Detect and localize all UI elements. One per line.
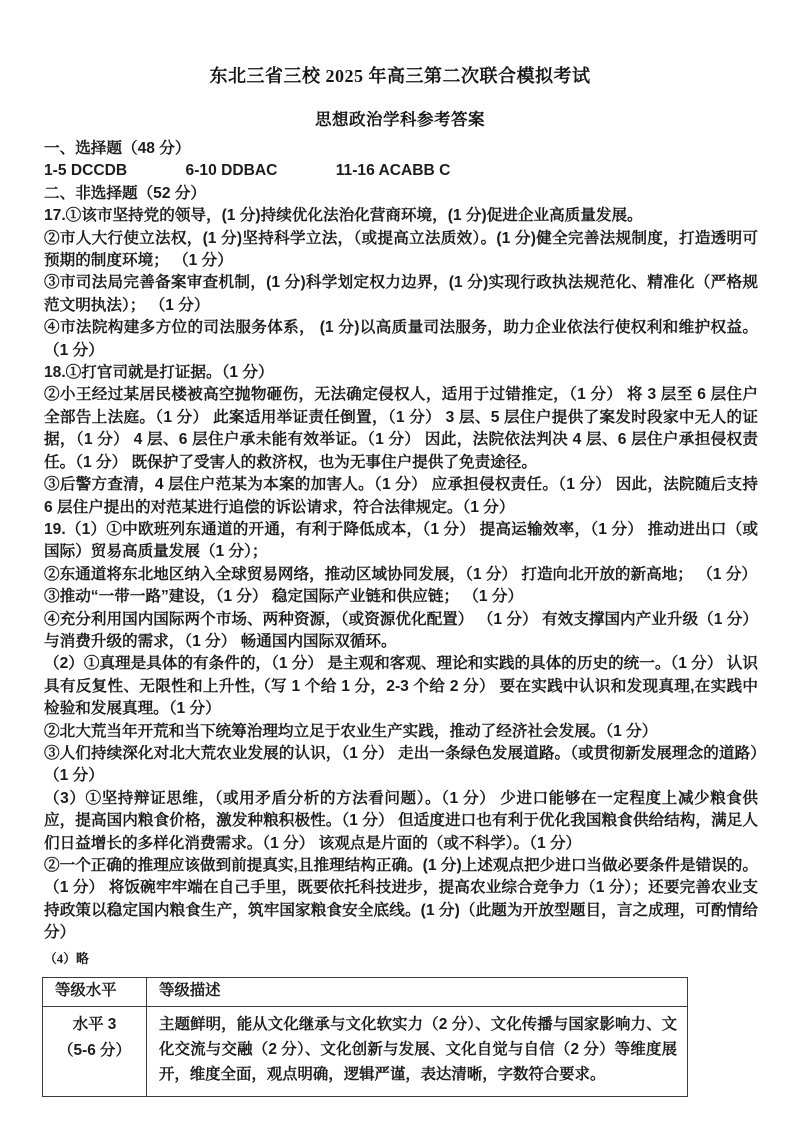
rubric-description-column-header: 等级描述 (147, 978, 688, 1007)
rubric-level3-score: （5-6 分） (45, 1038, 144, 1064)
answer-group-1-5: 1-5 DCCDB (44, 160, 127, 182)
q18-point-1: 18.①打官司就是打证据。（1 分） (44, 362, 758, 384)
q19-part2-point-3: ③人们持续深化对北大荒农业发展的认识，（1 分） 走出一条绿色发展道路。（或贯彻… (44, 743, 758, 788)
answer-group-6-10: 6-10 DDBAC (186, 160, 278, 182)
q18-point-2: ②小王经过某居民楼被高空抛物砸伤，无法确定侵权人，适用于过错推定，（1 分） 将… (44, 384, 758, 474)
q19-part3-point-2: ②一个正确的推理应该做到前提真实,且推理结构正确。(1 分)上述观点把少进口当做… (44, 855, 758, 945)
rubric-header-row: 等级水平 等级描述 (43, 978, 688, 1007)
q19-part1-point-2: ②东通道将东北地区纳入全球贸易网络，推动区域协同发展，（1 分） 打造向北开放的… (44, 564, 758, 586)
rubric-level3-row: 水平 3 （5-6 分） 主题鲜明，能从文化继承与文化软实力（2 分）、文化传播… (43, 1007, 688, 1097)
rubric-level3-label: 水平 3 (45, 1012, 144, 1038)
q19-part1-point-1: 19.（1）①中欧班列东通道的开通，有利于降低成本，（1 分） 提高运输效率，（… (44, 519, 758, 564)
q19-part1-point-4: ④充分利用国内国际两个市场、两种资源，（或资源优化配置） （1 分） 有效支撑国… (44, 609, 758, 654)
q17-point-4: ④市法院构建多方位的司法服务体系， (1 分)以高质量司法服务，助力企业依法行使… (44, 317, 758, 362)
q19-part4-omitted: （4）略 (44, 948, 758, 970)
answers-content: 一、选择题（48 分） 1-5 DCCDB 6-10 DDBAC 11-16 A… (44, 138, 758, 1097)
multiple-choice-answers-row: 1-5 DCCDB 6-10 DDBAC 11-16 ACABB C (44, 160, 758, 182)
q17-point-2: ②市人大行使立法权，(1 分)坚持科学立法，（或提高立法质效）。(1 分)健全完… (44, 228, 758, 273)
page-title: 东北三省三校 2025 年高三第二次联合模拟考试 (0, 62, 800, 88)
rubric-level3-cell: 水平 3 （5-6 分） (43, 1007, 147, 1097)
section-free-response-header: 二、非选择题（52 分） (44, 183, 758, 205)
q19-part3-point-1: （3）①坚持辩证思维，（或用矛盾分析的方法看问题）。（1 分） 少进口能够在一定… (44, 788, 758, 855)
q17-point-3: ③市司法局完善备案审查机制，(1 分)科学划定权力边界，(1 分)实现行政执法规… (44, 272, 758, 317)
q17-point-1: 17.①该市坚持党的领导，(1 分)持续优化法治化营商环境，(1 分)促进企业高… (44, 205, 758, 227)
answer-group-11-16: 11-16 ACABB C (336, 160, 451, 182)
q19-part2-point-1: （2）①真理是具体的有条件的，（1 分） 是主观和客观、理论和实践的具体的历史的… (44, 653, 758, 720)
rubric-level3-description: 主题鲜明，能从文化继承与文化软实力（2 分）、文化传播与国家影响力、文化交流与交… (147, 1007, 688, 1097)
page-subtitle: 思想政治学科参考答案 (0, 106, 800, 130)
rubric-table: 等级水平 等级描述 水平 3 （5-6 分） 主题鲜明，能从文化继承与文化软实力… (42, 977, 688, 1097)
rubric-level-column-header: 等级水平 (43, 978, 147, 1007)
exam-answer-sheet-page: 东北三省三校 2025 年高三第二次联合模拟考试 思想政治学科参考答案 一、选择… (0, 0, 800, 1123)
q19-part1-point-3: ③推动“一带一路”建设，（1 分） 稳定国际产业链和供应链； （1 分） (44, 586, 758, 608)
q18-point-3: ③后警方查清，4 层住户范某为本案的加害人。（1 分） 应承担侵权责任。（1 分… (44, 474, 758, 519)
q19-part2-point-2: ②北大荒当年开荒和当下统筹治理均立足于农业生产实践，推动了经济社会发展。（1 分… (44, 721, 758, 743)
section-multiple-choice-header: 一、选择题（48 分） (44, 138, 758, 160)
